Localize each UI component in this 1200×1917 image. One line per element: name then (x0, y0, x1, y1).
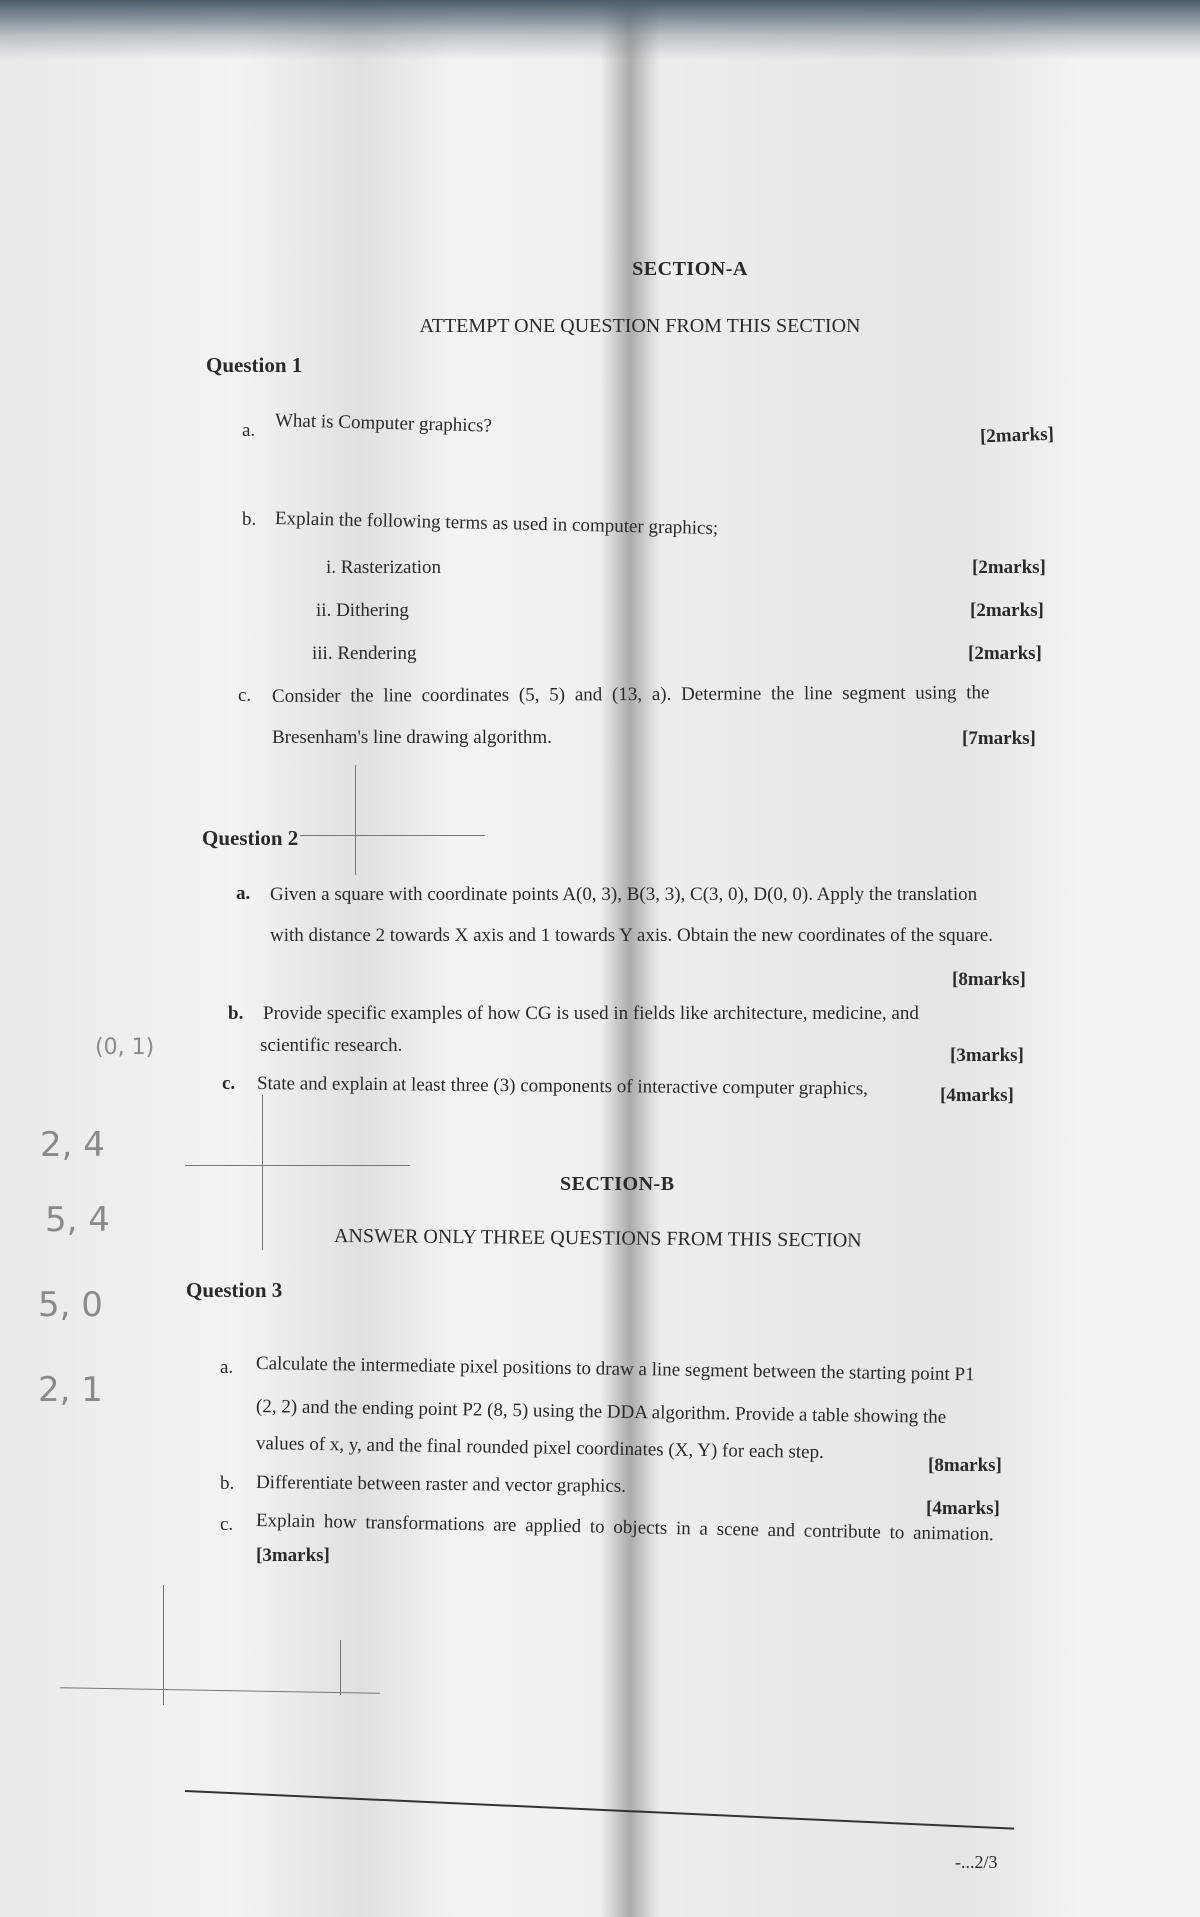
sub-item-rendering: iii. Rendering (312, 643, 417, 665)
sub-label: i. (326, 557, 336, 578)
part-text: Differentiate between raster and vector … (256, 1472, 626, 1498)
part-text-line-2: scientific research. (260, 1035, 402, 1057)
part-marks: [4marks] (940, 1085, 1014, 1107)
part-label: a. (236, 883, 250, 905)
exam-paper (0, 0, 1200, 1917)
part-label: b. (242, 509, 256, 531)
part-marks: [3marks] (256, 1545, 330, 1567)
part-marks: [8marks] (928, 1455, 1002, 1477)
sub-item-rasterization: i. Rasterization (326, 557, 441, 579)
handwritten-note: 2, 1 (38, 1370, 103, 1410)
part-label: c. (220, 1514, 233, 1536)
sub-text: Rasterization (341, 557, 441, 578)
part-text-line-1: Consider the line coordinates (5, 5) and… (272, 682, 990, 708)
sub-item-dithering: ii. Dithering (316, 600, 409, 622)
part-label: c. (238, 685, 251, 707)
question-1-title: Question 1 (206, 353, 302, 378)
part-text-line-1: Given a square with coordinate points A(… (270, 884, 977, 906)
handwritten-note: 5, 0 (38, 1285, 103, 1325)
background-shadow (0, 0, 1200, 60)
part-text-line-1: Provide specific examples of how CG is u… (263, 1003, 919, 1025)
handwritten-note: 5, 4 (45, 1200, 110, 1240)
sub-text: Dithering (336, 600, 409, 621)
part-label: c. (222, 1073, 235, 1095)
sub-label: ii. (316, 600, 331, 621)
handwritten-note: 2, 4 (40, 1125, 105, 1165)
part-text-line-2: Bresenham's line drawing algorithm. (272, 727, 552, 749)
sub-item-marks: [2marks] (970, 600, 1044, 622)
sub-item-marks: [2marks] (968, 643, 1042, 665)
part-marks: [2marks] (980, 424, 1055, 449)
part-label: b. (228, 1003, 243, 1025)
part-label: a. (242, 420, 255, 442)
sub-label: iii. (312, 643, 333, 664)
section-b-title: SECTION-B (560, 1173, 675, 1196)
section-a-instruction: ATTEMPT ONE QUESTION FROM THIS SECTION (40, 315, 1200, 338)
question-3-title: Question 3 (186, 1278, 282, 1303)
part-marks: [3marks] (950, 1045, 1024, 1067)
part-marks: [4marks] (926, 1498, 1000, 1520)
part-marks: [8marks] (952, 969, 1026, 991)
part-label: b. (220, 1473, 234, 1495)
part-marks: [7marks] (962, 728, 1036, 750)
question-2-title: Question 2 (202, 826, 298, 851)
sub-item-marks: [2marks] (972, 557, 1046, 579)
page-indicator: -...2/3 (955, 1852, 998, 1873)
handwritten-note: (0, 1) (95, 1035, 154, 1060)
part-label: a. (220, 1357, 233, 1379)
part-text-line-2: with distance 2 towards X axis and 1 tow… (270, 925, 993, 947)
section-b-instruction: ANSWER ONLY THREE QUESTIONS FROM THIS SE… (334, 1225, 862, 1253)
section-a-title: SECTION-A (90, 258, 1200, 281)
sub-text: Rendering (337, 643, 416, 664)
